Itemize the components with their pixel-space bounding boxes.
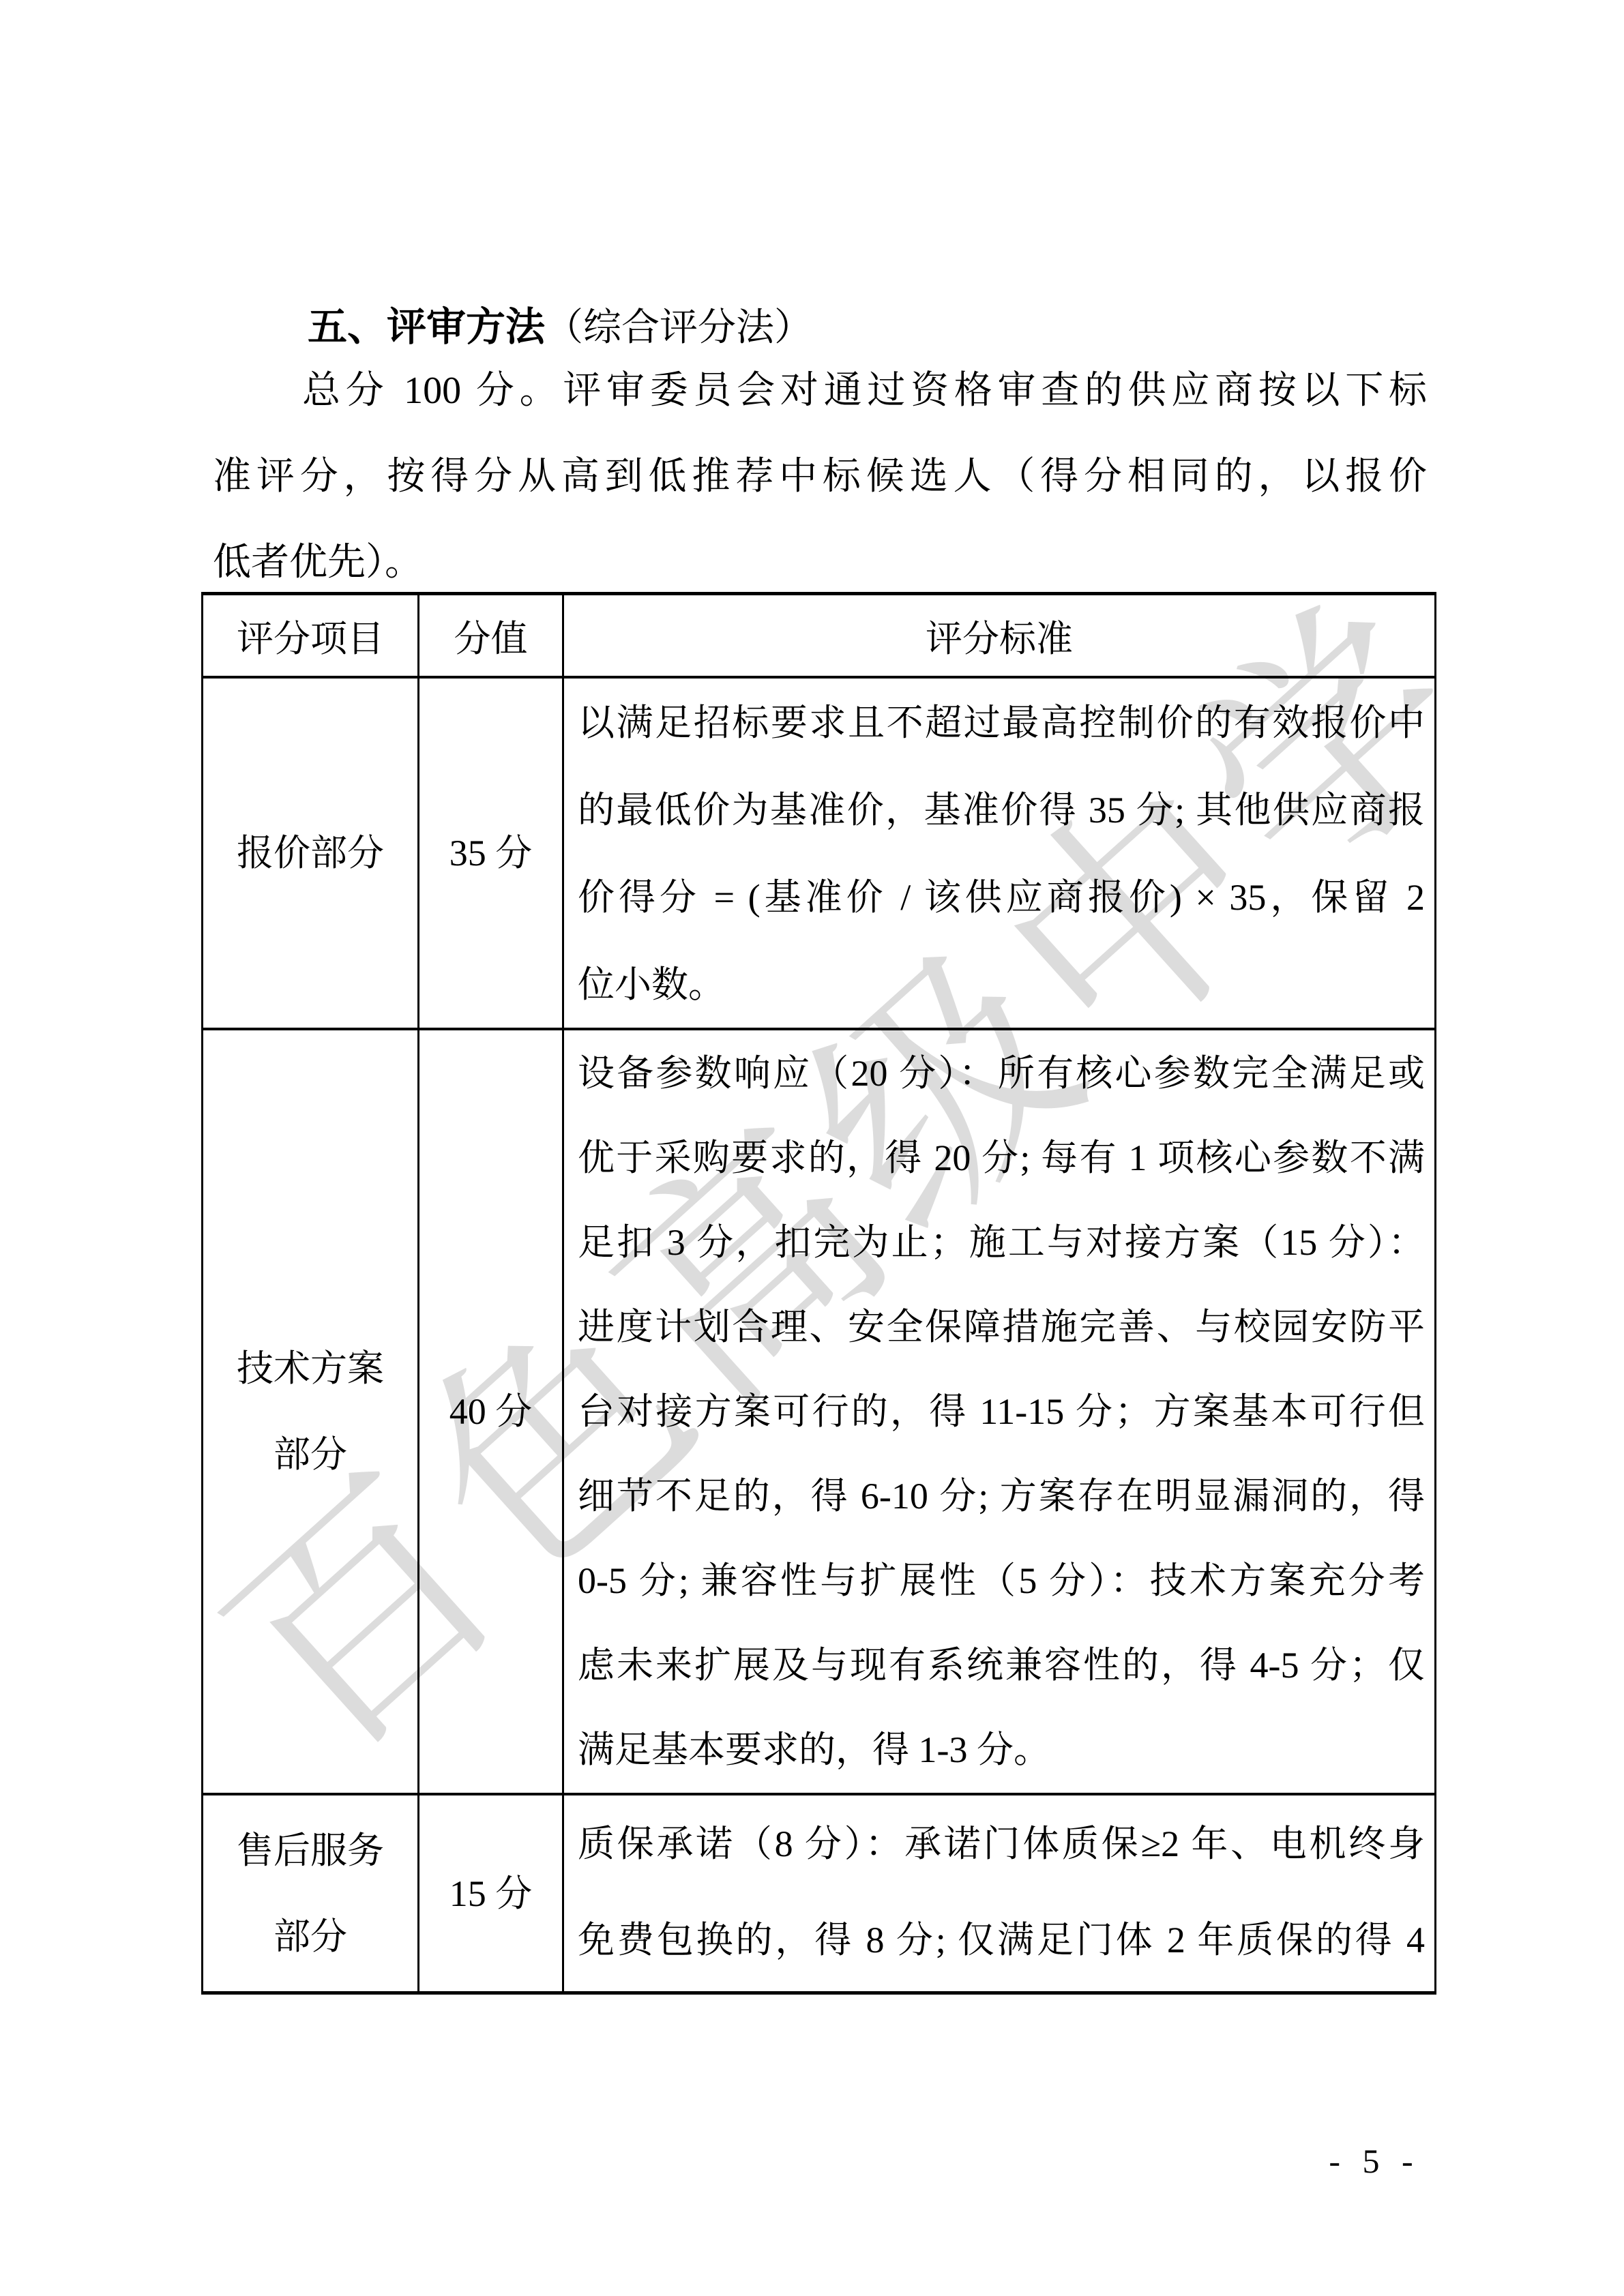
criteria-line: 进度计划合理、安全保障措施完善、与校园安防平 [578, 1285, 1425, 1369]
score-value: 40 分 [449, 1369, 533, 1455]
criteria-line: 免费包换的，得 8 分; 仅满足门体 2 年质保的得 4 [578, 1892, 1425, 1988]
criteria-line: 的最低价为基准价，基准价得 35 分; 其他供应商报 [578, 766, 1425, 854]
intro-line: 总分 100 分。评审委员会对通过资格审查的供应商按以下标 [213, 348, 1427, 434]
criteria-line: 位小数。 [578, 941, 1425, 1028]
section-heading-note: （综合评分法） [545, 307, 812, 349]
intro-paragraph: 总分 100 分。评审委员会对通过资格审查的供应商按以下标 准评分，按得分从高到… [213, 348, 1427, 606]
section-heading-title: 五、评审方法 [308, 305, 545, 349]
criteria-line: 设备参数响应（20 分）：所有核心参数完全满足或 [578, 1031, 1425, 1116]
table-row-technical-item: 技术方案 部分 [203, 1030, 419, 1795]
section-heading: 五、评审方法（综合评分法） [308, 303, 812, 353]
criteria-line: 质保承诺（8 分）：承诺门体质保≥2 年、电机终身 [578, 1796, 1425, 1892]
page-number: - 5 - [1306, 2141, 1443, 2181]
criteria-line: 价得分 = (基准价 / 该供应商报价) × 35，保留 2 [578, 854, 1425, 941]
criteria-line: 0-5 分; 兼容性与扩展性（5 分）：技术方案充分考 [578, 1538, 1425, 1623]
table-row-quote-criteria: 以满足招标要求且不超过最高控制价的有效报价中 的最低价为基准价，基准价得 35 … [564, 679, 1434, 1030]
table-row-quote-score: 35 分 [419, 679, 564, 1030]
table-header-item: 评分项目 [203, 595, 419, 679]
criteria-line: 细节不足的，得 6-10 分; 方案存在明显漏洞的，得 [578, 1454, 1425, 1538]
table-row-quote-item: 报价部分 [203, 679, 419, 1030]
criteria-line: 足扣 3 分，扣完为止；施工与对接方案（15 分）： [578, 1200, 1425, 1285]
table-row-technical-criteria: 设备参数响应（20 分）：所有核心参数完全满足或 优于采购要求的，得 20 分;… [564, 1030, 1434, 1795]
scoring-table: 评分项目 分值 评分标准 报价部分 35 分 以满足招标要求且不超过最高控制价的… [201, 592, 1436, 1995]
document-page: 百色高级中学 五、评审方法（综合评分法） 总分 100 分。评审委员会对通过资格… [0, 0, 1624, 2296]
criteria-line: 满足基本要求的，得 1-3 分。 [578, 1708, 1425, 1792]
table-row-aftersales-criteria: 质保承诺（8 分）：承诺门体质保≥2 年、电机终身 免费包换的，得 8 分; 仅… [564, 1795, 1434, 1991]
score-value: 35 分 [449, 810, 533, 896]
criteria-line: 虑未来扩展及与现有系统兼容性的，得 4-5 分；仅 [578, 1623, 1425, 1708]
table-row-technical-score: 40 分 [419, 1030, 564, 1795]
item-line: 技术方案 [237, 1326, 384, 1412]
table-header-score: 分值 [419, 595, 564, 679]
criteria-line: 台对接方案可行的，得 11-15 分；方案基本可行但 [578, 1369, 1425, 1454]
item-line: 部分 [274, 1894, 347, 1980]
table-row-aftersales-item: 售后服务 部分 [203, 1795, 419, 1991]
table-row-aftersales-score: 15 分 [419, 1795, 564, 1991]
item-line: 售后服务 [237, 1808, 384, 1894]
criteria-line: 以满足招标要求且不超过最高控制价的有效报价中 [578, 679, 1425, 766]
intro-line: 准评分，按得分从高到低推荐中标候选人（得分相同的，以报价 [213, 434, 1427, 520]
item-line: 报价部分 [237, 810, 384, 896]
table-header-criteria: 评分标准 [564, 595, 1434, 679]
item-line: 部分 [274, 1412, 347, 1497]
criteria-line: 优于采购要求的，得 20 分; 每有 1 项核心参数不满 [578, 1116, 1425, 1200]
score-value: 15 分 [449, 1851, 533, 1937]
